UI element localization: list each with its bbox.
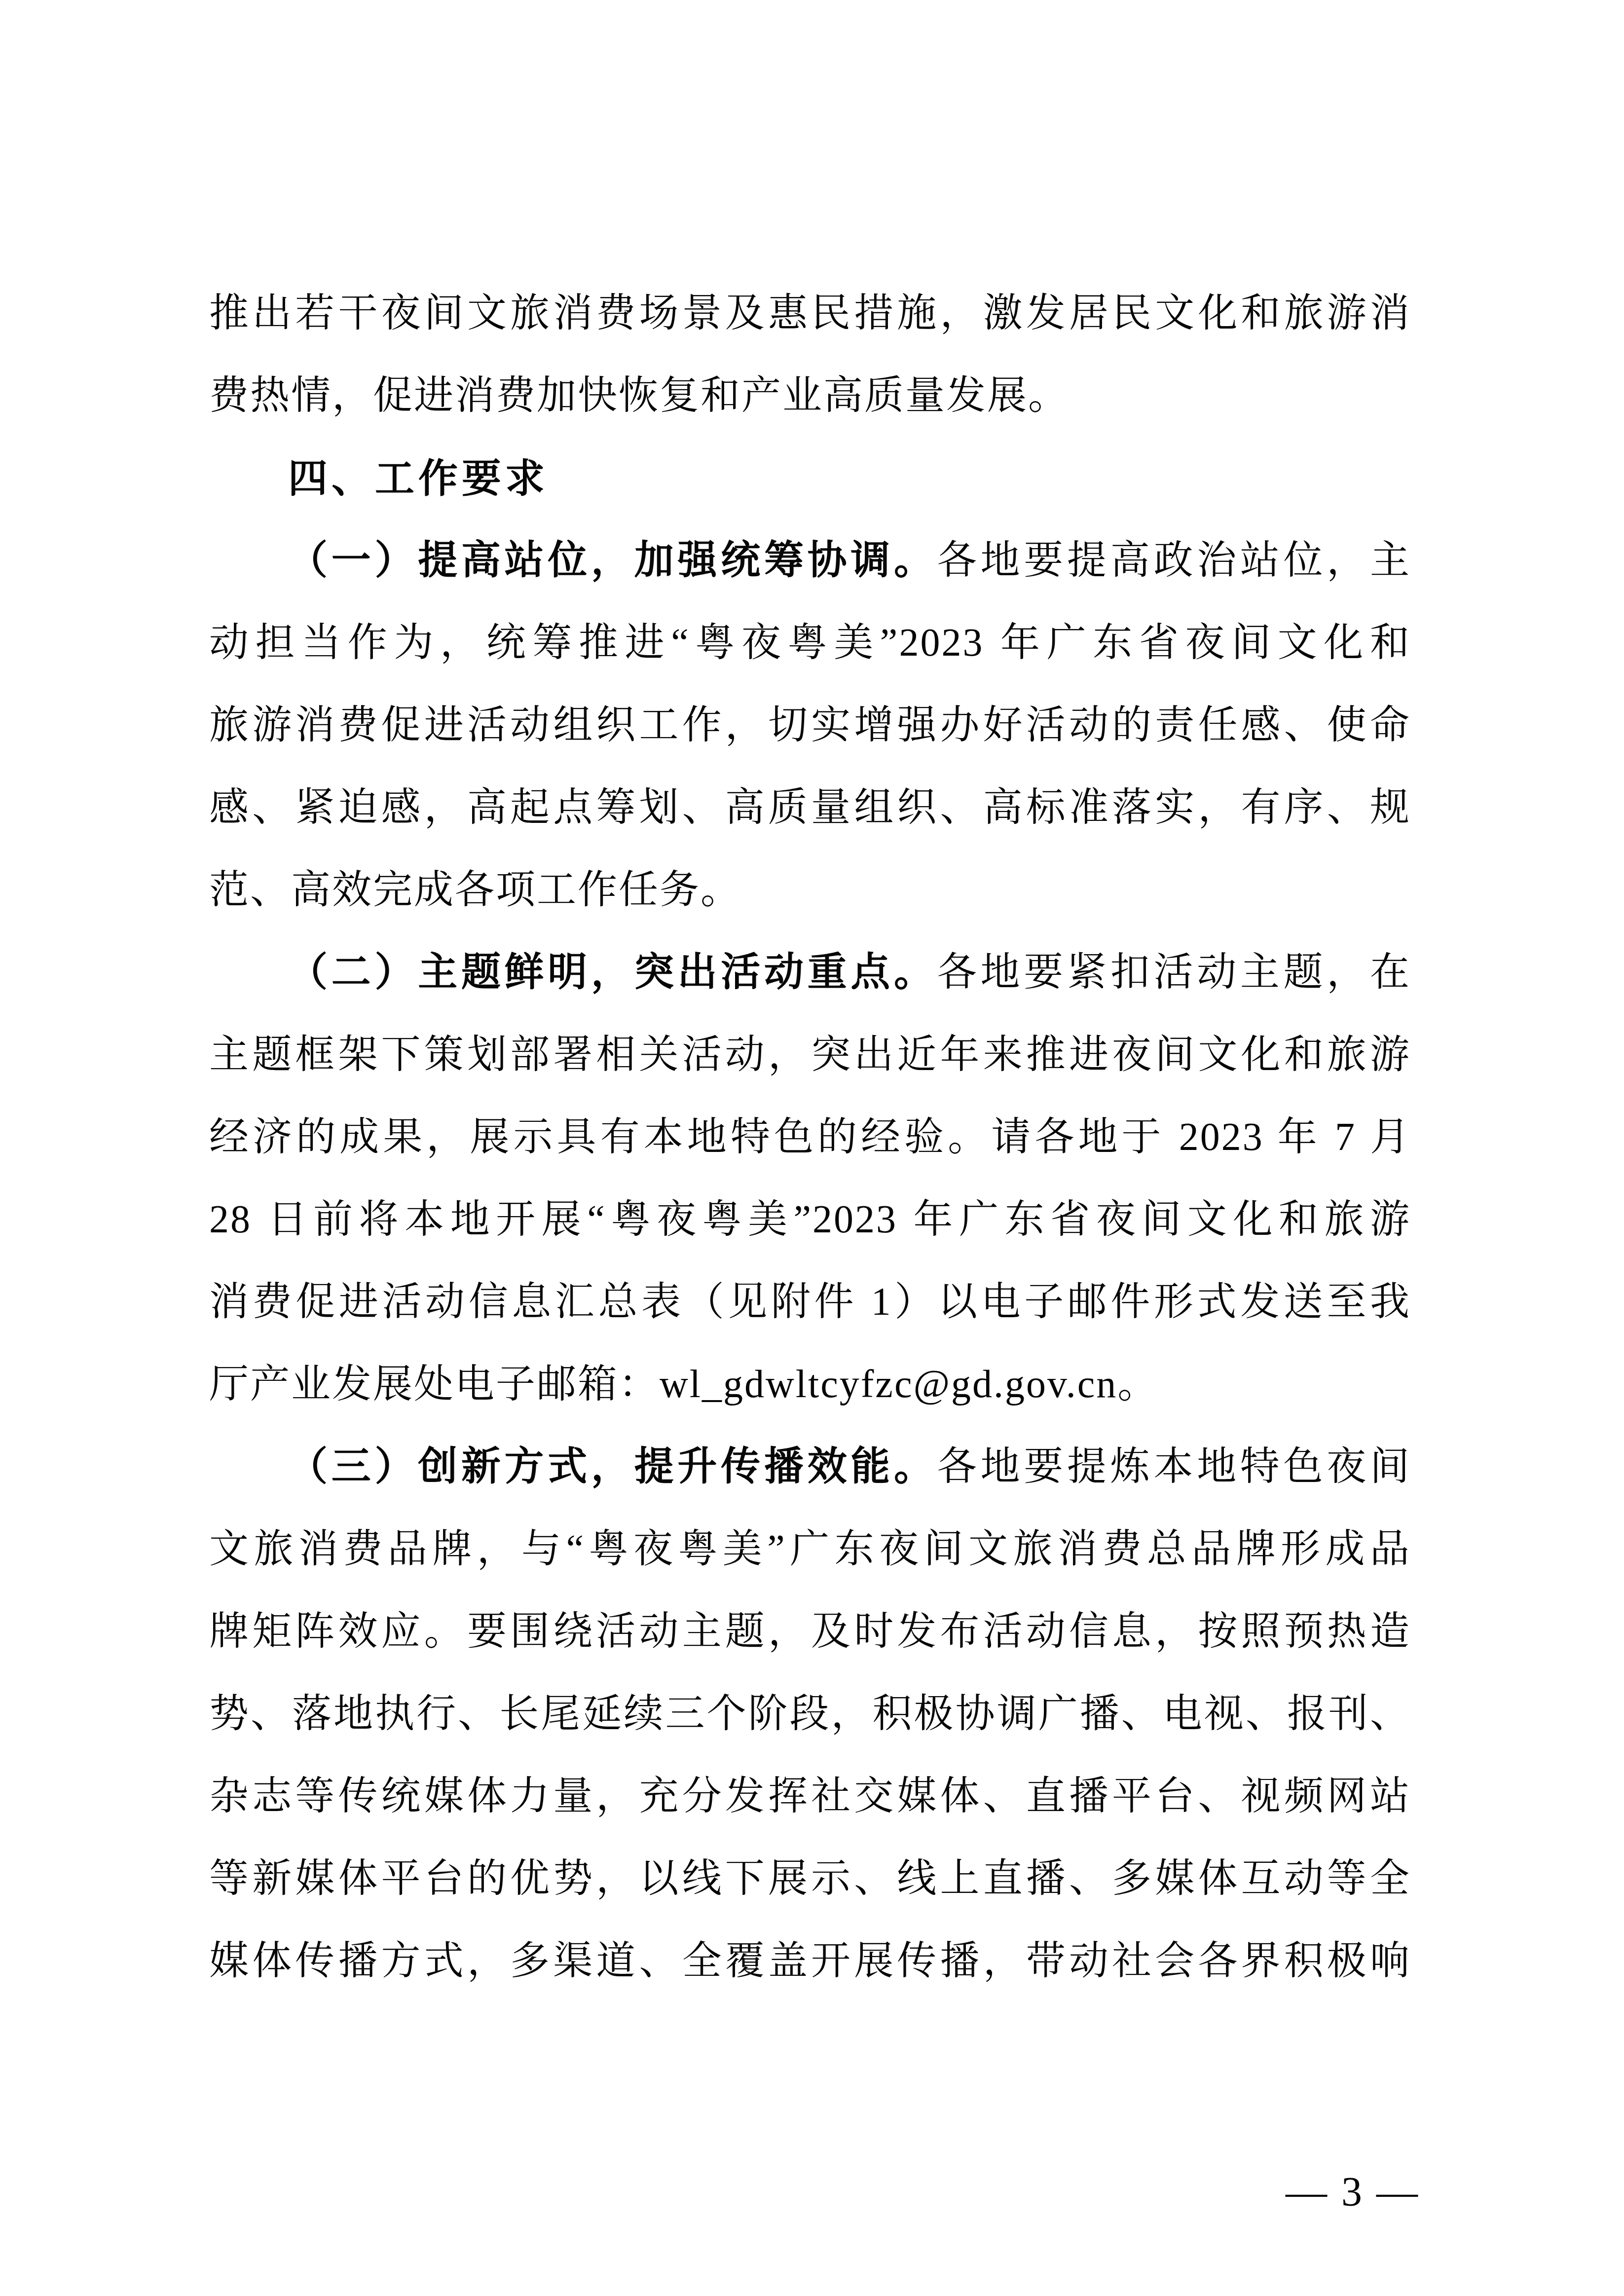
- section-heading: 四、工作要求: [209, 437, 1411, 519]
- text-line: 推出若干夜间文旅消费场景及惠民措施，激发居民文化和旅游消: [209, 272, 1411, 355]
- paragraph-start-line: （一）提高站位，加强统筹协调。各地要提高政治站位，主: [209, 519, 1411, 602]
- text-line: 主题框架下策划部署相关活动，突出近年来推进夜间文化和旅游: [209, 1014, 1411, 1096]
- text-line: 厅产业发展处电子邮箱：wl_gdwltcyfzc@gd.gov.cn。: [209, 1343, 1411, 1426]
- text-line: 消费促进活动信息汇总表（见附件 1）以电子邮件形式发送至我: [209, 1261, 1411, 1343]
- paragraph-rest: 各地要紧扣活动主题，在: [937, 951, 1411, 994]
- text-line: 费热情，促进消费加快恢复和产业高质量发展。: [209, 355, 1411, 437]
- text-line: 经济的成果，展示具有本地特色的经验。请各地于 2023 年 7 月: [209, 1096, 1411, 1179]
- document-body: 推出若干夜间文旅消费场景及惠民措施，激发居民文化和旅游消费热情，促进消费加快恢复…: [209, 272, 1411, 2002]
- document-page: 推出若干夜间文旅消费场景及惠民措施，激发居民文化和旅游消费热情，促进消费加快恢复…: [0, 0, 1624, 2296]
- text-line: 旅游消费促进活动组织工作，切实增强办好活动的责任感、使命: [209, 684, 1411, 767]
- text-line: 杂志等传统媒体力量，充分发挥社交媒体、直播平台、视频网站: [209, 1755, 1411, 1838]
- text-line: 动担当作为，统筹推进“粤夜粤美”2023 年广东省夜间文化和: [209, 602, 1411, 684]
- text-line: 28 日前将本地开展“粤夜粤美”2023 年广东省夜间文化和旅游: [209, 1179, 1411, 1261]
- text-line: 感、紧迫感，高起点筹划、高质量组织、高标准落实，有序、规: [209, 767, 1411, 849]
- text-line: 范、高效完成各项工作任务。: [209, 849, 1411, 931]
- paragraph-start-line: （二）主题鲜明，突出活动重点。各地要紧扣活动主题，在: [209, 931, 1411, 1014]
- paragraph-rest: 各地要提炼本地特色夜间: [937, 1445, 1411, 1488]
- paragraph-lead: （三）创新方式，提升传播效能。: [288, 1445, 937, 1488]
- text-line: 媒体传播方式，多渠道、全覆盖开展传播，带动社会各界积极响: [209, 1920, 1411, 2002]
- paragraph-rest: 各地要提高政治站位，主: [937, 539, 1411, 582]
- text-line: 牌矩阵效应。要围绕活动主题，及时发布活动信息，按照预热造: [209, 1591, 1411, 1673]
- text-line: 文旅消费品牌，与“粤夜粤美”广东夜间文旅消费总品牌形成品: [209, 1508, 1411, 1591]
- paragraph-lead: （一）提高站位，加强统筹协调。: [288, 539, 937, 582]
- text-line: 势、落地执行、长尾延续三个阶段，积极协调广播、电视、报刊、: [209, 1673, 1411, 1755]
- page-number: — 3 —: [1286, 2169, 1420, 2216]
- text-line: 等新媒体平台的优势，以线下展示、线上直播、多媒体互动等全: [209, 1838, 1411, 1920]
- paragraph-lead: （二）主题鲜明，突出活动重点。: [288, 951, 937, 994]
- paragraph-start-line: （三）创新方式，提升传播效能。各地要提炼本地特色夜间: [209, 1426, 1411, 1508]
